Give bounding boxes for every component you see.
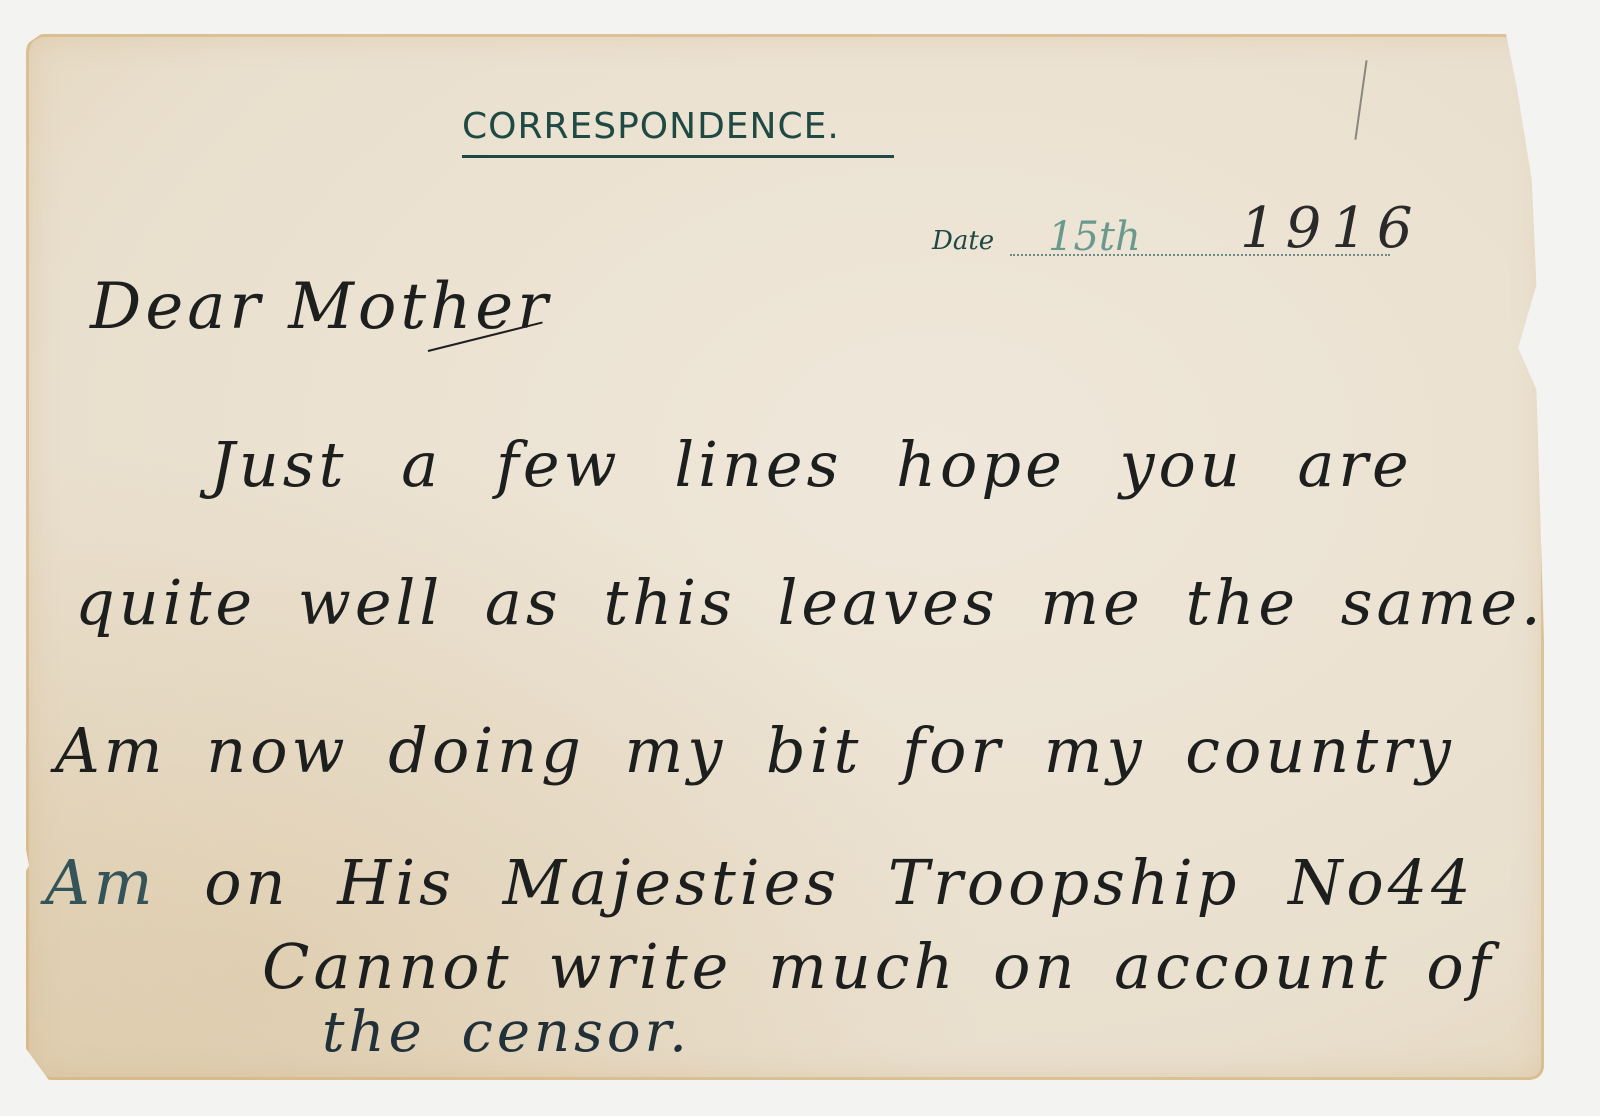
body-line-3: Am now doing my bit for my country xyxy=(55,714,1455,787)
date-year: 1916 xyxy=(1240,196,1423,261)
body-line-1: Just a few lines hope you are xyxy=(210,428,1413,501)
body-line-5: Cannot write much on account of xyxy=(262,930,1495,1003)
salutation: Dear Mother xyxy=(90,270,552,344)
body-line-2: quite well as this leaves me the same. xyxy=(75,566,1545,639)
date-label: Date xyxy=(932,226,994,256)
heading-underline xyxy=(462,155,894,158)
printed-heading: CORRESPONDENCE. xyxy=(462,106,840,147)
body-line-4-first-word: Am xyxy=(45,846,157,919)
postcard xyxy=(26,34,1544,1080)
body-line-4: Am on His Majesties Troopship No44 xyxy=(45,846,1475,919)
body-line-6: the censor. xyxy=(322,1000,691,1065)
date-day: 15th xyxy=(1048,214,1141,260)
body-line-4-rest: on His Majesties Troopship No44 xyxy=(204,846,1474,919)
